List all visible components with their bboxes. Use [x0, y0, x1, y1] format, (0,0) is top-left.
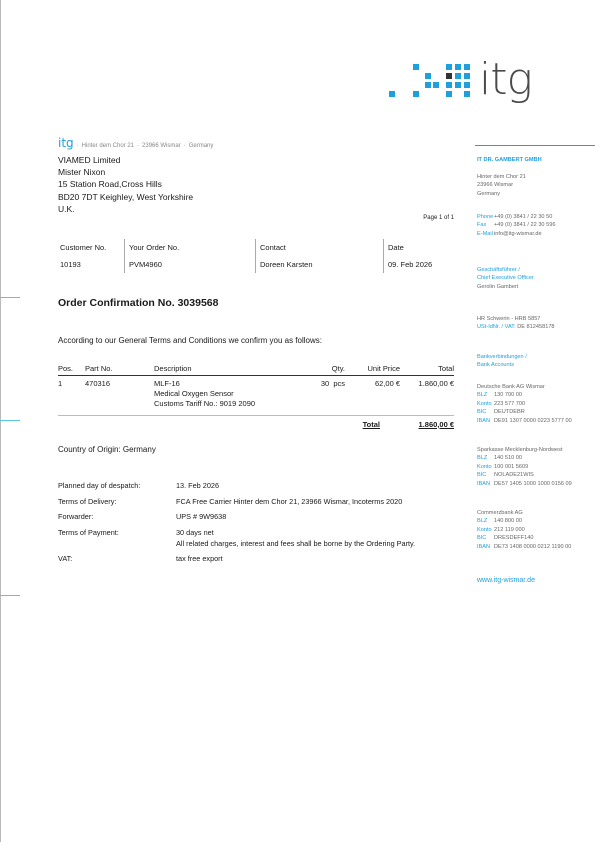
- terms-label: Terms of Payment:: [58, 527, 176, 549]
- sender-country: Germany: [189, 143, 214, 149]
- grand-total-row: Total 1.860,00 €: [58, 416, 454, 432]
- bank-heading-en: Bank Accounts: [477, 361, 527, 369]
- document-title: Order Confirmation No. 3039568: [58, 297, 218, 309]
- recipient-street: 15 Station Road,Cross Hills: [58, 178, 193, 190]
- terms-section: Planned day of despatch: 13. Feb 2026 Te…: [58, 480, 458, 569]
- terms-row-payment: Terms of Payment: 30 days net All relate…: [58, 527, 458, 549]
- info-value-row: 10193 PVM4960 Doreen Karsten 09. Feb 202…: [56, 256, 454, 273]
- terms-label: Forwarder:: [58, 511, 176, 522]
- recipient-country: U.K.: [58, 203, 193, 215]
- bic-label: BIC: [477, 471, 494, 479]
- terms-value: FCA Free Carrier Hinter dem Chor 21, 239…: [176, 496, 458, 507]
- blz-value: 140 800 00: [494, 518, 522, 524]
- sidebar-contact: Phone+49 (0) 3841 / 22 30 50 Fax+49 (0) …: [477, 213, 555, 238]
- ceo-heading-en: Chief Executive Officer: [477, 274, 534, 282]
- recipient-city: BD20 7DT Keighley, West Yorkshire: [58, 191, 193, 203]
- grand-total-label: Total: [363, 420, 380, 429]
- info-header-row: Customer No. Your Order No. Contact Date: [56, 239, 454, 256]
- sidebar-register: HR Schwerin - HRB 5857 USt-IdNr. / VAT: …: [477, 315, 555, 332]
- konto-label: Konto: [477, 526, 494, 534]
- blz-label: BLZ: [477, 391, 494, 399]
- bic-label: BIC: [477, 534, 494, 542]
- terms-label: Terms of Delivery:: [58, 496, 176, 507]
- phone-label: Phone: [477, 213, 494, 221]
- item-qty: 30 pcs: [292, 379, 345, 415]
- ceo-name: Gerolin Gambert: [477, 283, 534, 291]
- bank-heading: Bankverbindungen /: [477, 353, 527, 361]
- terms-value: UPS # 9W9638: [176, 511, 458, 522]
- terms-row-vat: VAT: tax free export: [58, 553, 458, 564]
- bank-name: Commerzbank AG: [477, 509, 571, 517]
- punch-mark: [0, 420, 20, 421]
- page-indicator: Page 1 of 1: [380, 215, 454, 221]
- bank-account-2: Sparkasse Mecklenburg-Nordwest BLZ140 51…: [477, 446, 572, 488]
- company-name: IT DR. GAMBERT GMBH: [477, 156, 542, 164]
- terms-label: Planned day of despatch:: [58, 480, 176, 491]
- iban-label: IBAN: [477, 543, 494, 551]
- country-of-origin: Country of Origin: Germany: [58, 445, 156, 454]
- terms-label: VAT:: [58, 553, 176, 564]
- col-description: Description: [154, 364, 292, 373]
- item-description: MLF-16 Medical Oxygen Sensor Customs Tar…: [154, 379, 292, 415]
- company-street: Hinter dem Chor 21: [477, 173, 526, 181]
- sidebar-ceo: Geschäftsführer / Chief Executive Office…: [477, 266, 534, 291]
- terms-value: 30 days net: [176, 527, 458, 538]
- terms-value: 13. Feb 2026: [176, 480, 458, 491]
- company-city: 23966 Wismar: [477, 181, 526, 189]
- terms-value: tax free export: [176, 553, 458, 564]
- customer-no: 10193: [56, 256, 124, 273]
- intro-text: According to our General Terms and Condi…: [58, 336, 322, 345]
- your-order-no: PVM4960: [124, 256, 255, 273]
- konto-label: Konto: [477, 400, 494, 408]
- col-part-no: Part No.: [85, 364, 154, 373]
- bank-account-3: Commerzbank AG BLZ140 800 00 Konto212 11…: [477, 509, 571, 551]
- vat-label: USt-IdNr. / VAT:: [477, 324, 516, 330]
- fold-mark: [0, 595, 20, 596]
- email-address[interactable]: info@itg-wismar.de: [494, 231, 542, 237]
- logo-wordmark: itg: [479, 54, 532, 105]
- bank-name: Deutsche Bank AG Wismar: [477, 383, 572, 391]
- iban-value: DE57 1405 1000 1000 0156 09: [494, 481, 572, 487]
- konto-value: 100 001 5609: [494, 464, 528, 470]
- col-pos: Pos.: [58, 364, 85, 373]
- item-name: Medical Oxygen Sensor: [154, 389, 292, 399]
- iban-value: DE73 1408 0000 0212 1190 00: [494, 544, 571, 550]
- company-logo: itg: [389, 64, 539, 104]
- phone-number: +49 (0) 3841 / 22 30 50: [494, 214, 552, 220]
- recipient-address: VIAMED Limited Mister Nixon 15 Station R…: [58, 154, 193, 215]
- blz-value: 130 700 00: [494, 392, 522, 398]
- email-label: E-Mail: [477, 230, 494, 238]
- bic-value: DEUTDEBR: [494, 409, 525, 415]
- vat-id: DE 812458178: [517, 324, 554, 330]
- sidebar-address: Hinter dem Chor 21 23966 Wismar Germany: [477, 173, 526, 198]
- header-contact: Contact: [255, 239, 383, 256]
- terms-row-despatch: Planned day of despatch: 13. Feb 2026: [58, 480, 458, 491]
- bank-name: Sparkasse Mecklenburg-Nordwest: [477, 446, 572, 454]
- sidebar-bank-heading: Bankverbindungen / Bank Accounts: [477, 353, 527, 370]
- page-edge-line: [0, 0, 1, 842]
- header-your-order-no: Your Order No.: [124, 239, 255, 256]
- konto-value: 212 119 000: [494, 527, 525, 533]
- bic-value: NOLADE21WIS: [494, 472, 534, 478]
- sidebar-rule: [475, 145, 595, 146]
- bic-value: DRESDEFF140: [494, 535, 533, 541]
- item-part-no: 470316: [85, 379, 154, 415]
- bic-label: BIC: [477, 408, 494, 416]
- fax-label: Fax: [477, 221, 494, 229]
- iban-label: IBAN: [477, 480, 494, 488]
- header-customer-no: Customer No.: [56, 239, 124, 256]
- konto-label: Konto: [477, 463, 494, 471]
- sender-street: Hinter dem Chor 21: [82, 143, 134, 149]
- bank-account-1: Deutsche Bank AG Wismar BLZ130 700 00 Ko…: [477, 383, 572, 425]
- items-table: Pos. Part No. Description Qty. Unit Pric…: [58, 361, 454, 432]
- contact-name: Doreen Karsten: [255, 256, 383, 273]
- col-unit-price: Unit Price: [345, 364, 400, 373]
- item-model: MLF-16: [154, 379, 292, 389]
- ceo-heading: Geschäftsführer /: [477, 266, 534, 274]
- item-pos: 1: [58, 379, 85, 415]
- mini-logo: itg: [58, 136, 74, 150]
- items-header-row: Pos. Part No. Description Qty. Unit Pric…: [58, 361, 454, 376]
- fold-mark: [0, 297, 20, 298]
- blz-label: BLZ: [477, 454, 494, 462]
- fax-number: +49 (0) 3841 / 22 30 596: [494, 222, 555, 228]
- col-qty: Qty.: [292, 364, 345, 373]
- recipient-company: VIAMED Limited: [58, 154, 193, 166]
- terms-row-forwarder: Forwarder: UPS # 9W9638: [58, 511, 458, 522]
- sender-line: itg · Hinter dem Chor 21 · 23966 Wismar …: [58, 136, 213, 150]
- sender-city: 23966 Wismar: [142, 143, 181, 149]
- sidebar-company: IT DR. GAMBERT GMBH: [477, 156, 542, 164]
- website-link[interactable]: www.itg-wismar.de: [477, 577, 535, 584]
- company-country: Germany: [477, 190, 526, 198]
- terms-value: All related charges, interest and fees s…: [176, 538, 458, 549]
- header-date: Date: [383, 239, 454, 256]
- recipient-contact: Mister Nixon: [58, 166, 193, 178]
- blz-value: 140 510 00: [494, 455, 522, 461]
- order-date: 09. Feb 2026: [383, 256, 454, 273]
- konto-value: 223 577 700: [494, 401, 525, 407]
- iban-label: IBAN: [477, 417, 494, 425]
- grand-total-value: 1.860,00 €: [419, 420, 454, 429]
- terms-row-delivery: Terms of Delivery: FCA Free Carrier Hint…: [58, 496, 458, 507]
- iban-value: DE91 1307 0000 0223 5777 00: [494, 418, 572, 424]
- item-total: 1.860,00 €: [400, 379, 454, 415]
- item-unit-price: 62,00 €: [345, 379, 400, 415]
- item-tariff: Customs Tariff No.: 9019 2090: [154, 399, 292, 409]
- commercial-register: HR Schwerin - HRB 5857: [477, 315, 555, 323]
- table-row: 1 470316 MLF-16 Medical Oxygen Sensor Cu…: [58, 376, 454, 416]
- order-info-table: Customer No. Your Order No. Contact Date…: [56, 239, 454, 273]
- blz-label: BLZ: [477, 517, 494, 525]
- col-total: Total: [400, 364, 454, 373]
